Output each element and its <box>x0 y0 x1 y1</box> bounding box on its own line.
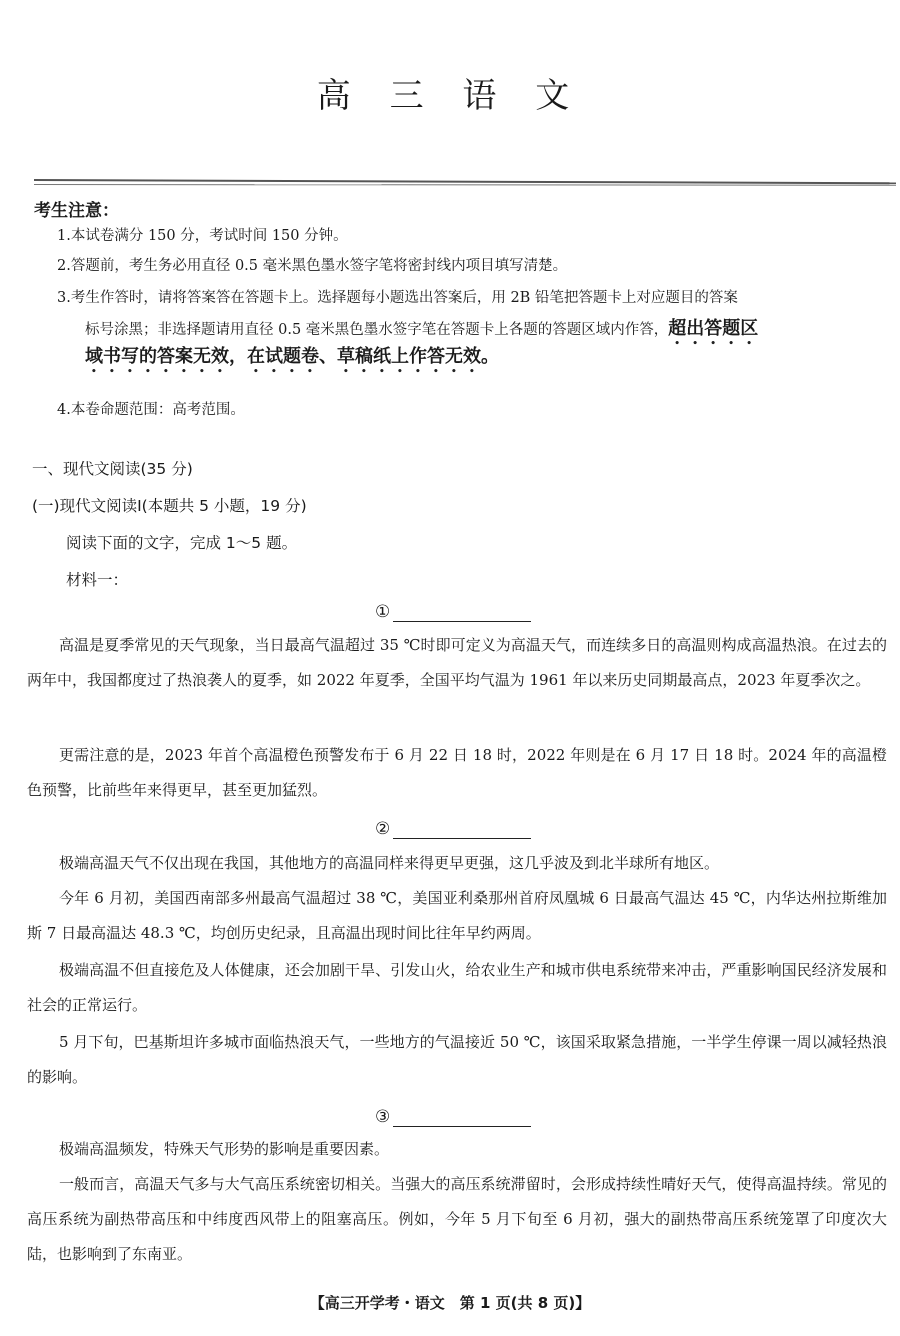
blank-marker: ③ <box>375 1107 390 1127</box>
paragraph: 5 月下旬，巴基斯坦许多城市面临热浪天气，一些地方的气温接近 50 ℃，该国采取… <box>27 1025 887 1095</box>
exam-title: 高 三 语 文 <box>0 68 900 117</box>
notice-item-1: 1.本试卷满分 150 分，考试时间 150 分钟。 <box>57 226 895 246</box>
paragraph: 极端高温不但直接危及人体健康，还会加剧干旱、引发山火，给农业生产和城市供电系统带… <box>27 953 887 1023</box>
paragraph: 极端高温频发，特殊天气形势的影响是重要因素。 <box>27 1132 887 1167</box>
emphasized-warning-continued: 域书写的答案无效，在试题卷、草稿纸上作答无效。 <box>85 346 499 367</box>
blank-marker: ① <box>375 602 390 622</box>
paragraph: 今年 6 月初，美国西南部多州最高气温超过 38 ℃，美国亚利桑那州首府凤凰城 … <box>27 881 887 951</box>
fill-blank-2: ② <box>375 819 531 839</box>
fill-blank-1: ① <box>375 602 531 622</box>
blank-line <box>393 1112 531 1127</box>
emphasized-warning: 超出答题区 <box>668 318 758 339</box>
header-divider-secondary <box>34 184 896 186</box>
paragraph: 极端高温天气不仅出现在我国，其他地方的高温同样来得更早更强，这几乎波及到北半球所… <box>27 846 887 881</box>
blank-marker: ② <box>375 819 390 839</box>
notice-item-3-warning: 域书写的答案无效，在试题卷、草稿纸上作答无效。 <box>85 346 897 377</box>
fill-blank-3: ③ <box>375 1107 531 1127</box>
paragraph: 更需注意的是，2023 年首个高温橙色预警发布于 6 月 22 日 18 时，2… <box>27 738 887 808</box>
material-label: 材料一： <box>66 568 128 590</box>
notice-item-2: 2.答题前，考生务必用直径 0.5 毫米黑色墨水签字笔将密封线内项目填写清楚。 <box>57 256 895 276</box>
paragraph: 高温是夏季常见的天气现象，当日最高气温超过 35 ℃时即可定义为高温天气，而连续… <box>27 628 887 698</box>
section-heading: 一、现代文阅读(35 分) <box>32 457 193 479</box>
notice-item-3: 3.考生作答时，请将答案答在答题卡上。选择题每小题选出答案后，用 2B 铅笔把答… <box>57 288 895 308</box>
page-footer: 【高三开学考・语文 第 1 页(共 8 页)】 <box>0 1292 900 1313</box>
subsection-heading: (一)现代文阅读Ⅰ(本题共 5 小题，19 分) <box>32 494 307 516</box>
notice-item-3-continued: 标号涂黑；非选择题请用直径 0.5 毫米黑色墨水签字笔在答题卡上各题的答题区域内… <box>85 318 897 349</box>
blank-line <box>393 607 531 622</box>
notice-heading: 考生注意： <box>34 196 119 221</box>
notice-item-3-text: 标号涂黑；非选择题请用直径 0.5 毫米黑色墨水签字笔在答题卡上各题的答题区域内… <box>85 322 668 338</box>
notice-item-4: 4.本卷命题范围：高考范围。 <box>57 400 895 420</box>
reading-instruction: 阅读下面的文字，完成 1～5 题。 <box>66 531 297 553</box>
paragraph: 一般而言，高温天气多与大气高压系统密切相关。当强大的高压系统滞留时，会形成持续性… <box>27 1167 887 1272</box>
blank-line <box>393 824 531 839</box>
